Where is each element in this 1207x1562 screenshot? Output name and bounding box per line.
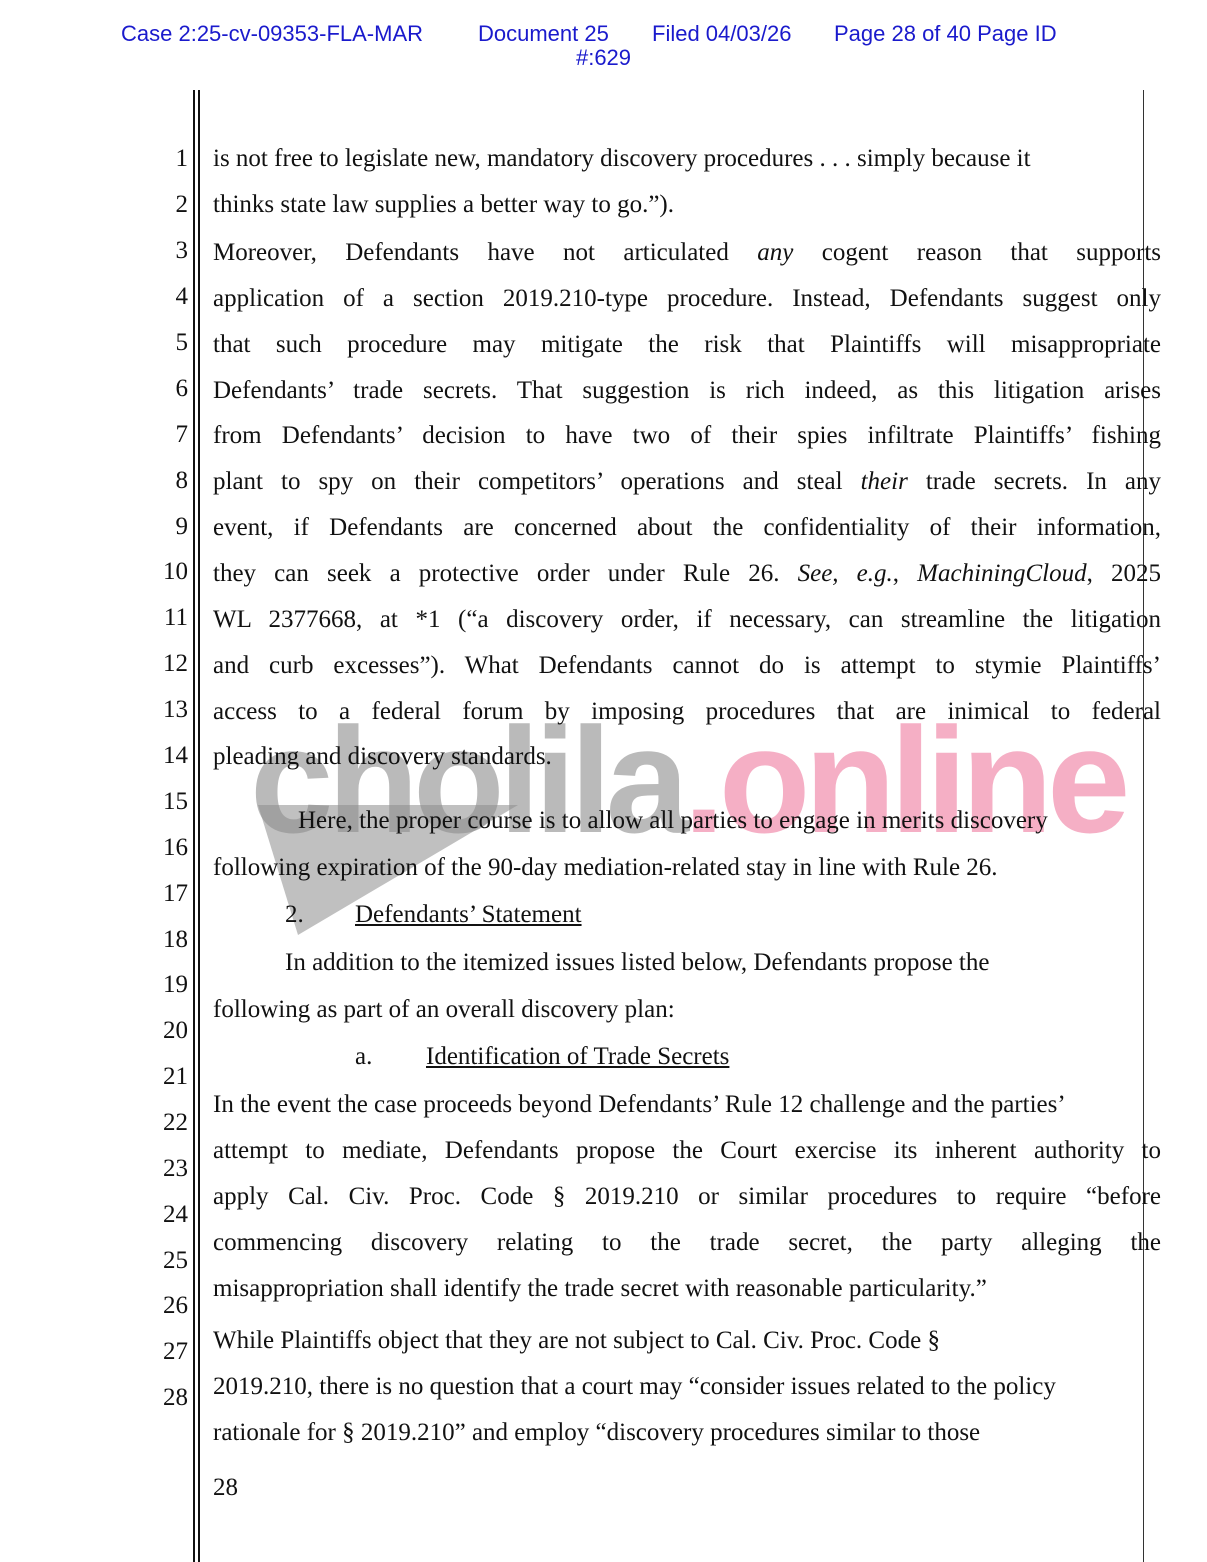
line-number: 23 [148,1155,188,1183]
text-line: attempt to mediate, Defendants propose t… [213,1137,1161,1165]
text-line: from Defendants’ decision to have two of… [213,422,1161,450]
line-number: 15 [148,788,188,816]
text-line: commencing discovery relating to the tra… [213,1229,1161,1257]
case-name: MachiningCloud [917,560,1086,587]
text-line: event, if Defendants are concerned about… [213,514,1161,542]
line-number: 7 [148,421,188,449]
subsection-title: Identification of Trade Secrets [426,1043,729,1071]
filed-date: Filed 04/03/26 [652,22,791,46]
text-line: application of a section 2019.210-type p… [213,285,1161,313]
case-number: Case 2:25-cv-09353-FLA-MAR [121,22,423,46]
text-line: While Plaintiffs object that they are no… [213,1327,940,1355]
line-number: 17 [148,880,188,908]
line-number: 10 [148,558,188,586]
line-number: 28 [148,1384,188,1412]
left-margin-rule-inner [198,90,200,1562]
section-title: Defendants’ Statement [355,901,582,929]
text-line: is not free to legislate new, mandatory … [213,145,1031,173]
line-number: 11 [148,604,188,632]
subsection-letter: a. [355,1043,372,1070]
page-info: Page 28 of 40 Page ID [834,22,1057,46]
line-number: 26 [148,1292,188,1320]
line-number: 14 [148,742,188,770]
line-number: 9 [148,513,188,541]
line-number: 2 [148,191,188,219]
document-number: Document 25 [478,22,609,46]
left-margin-rule-outer [193,90,195,1562]
text-line: that such procedure may mitigate the ris… [213,331,1161,359]
page-number: 28 [213,1474,238,1502]
line-number: 16 [148,834,188,862]
line-number: 18 [148,926,188,954]
text-line: plant to spy on their competitors’ opera… [213,468,1161,496]
line-number: 27 [148,1338,188,1366]
line-number: 13 [148,696,188,724]
subsection-heading-a: a. Identification of Trade Secrets [355,1043,372,1071]
section-heading-2: 2. Defendants’ Statement [285,901,304,929]
text-line: and curb excesses”). What Defendants can… [213,652,1161,680]
text-line: following as part of an overall discover… [213,996,675,1024]
text-line: 2019.210, there is no question that a co… [213,1373,1056,1401]
text-line: pleading and discovery standards. [213,743,552,771]
line-number: 6 [148,375,188,403]
text-line: thinks state law supplies a better way t… [213,191,674,219]
section-number: 2. [285,901,304,928]
text-line: rationale for § 2019.210” and employ “di… [213,1419,980,1447]
text-line: access to a federal forum by imposing pr… [213,698,1161,726]
citation-signal: See, e.g. [798,560,893,587]
line-number: 20 [148,1017,188,1045]
line-number: 5 [148,329,188,357]
line-number: 1 [148,145,188,173]
emphasis: their [861,468,908,495]
line-number: 12 [148,650,188,678]
text-line: In the event the case proceeds beyond De… [213,1091,1066,1119]
line-number: 24 [148,1201,188,1229]
line-number: 8 [148,467,188,495]
text-line: following expiration of the 90-day media… [213,854,998,882]
text-line: Moreover, Defendants have not articulate… [213,239,1161,267]
text-line: Defendants’ trade secrets. That suggesti… [213,377,1161,405]
text-line: apply Cal. Civ. Proc. Code § 2019.210 or… [213,1183,1161,1211]
text-line: they can seek a protective order under R… [213,560,1161,588]
text-line: WL 2377668, at *1 (“a discovery order, i… [213,606,1161,634]
line-number: 25 [148,1247,188,1275]
text-line: Here, the proper course is to allow all … [298,807,1048,835]
page-id: #:629 [0,46,1207,70]
emphasis: any [757,239,793,266]
text-line: misappropriation shall identify the trad… [213,1275,987,1303]
line-number: 21 [148,1063,188,1091]
text-line: In addition to the itemized issues liste… [285,949,989,977]
line-number: 4 [148,283,188,311]
line-number: 3 [148,237,188,265]
line-number: 19 [148,971,188,999]
line-number: 22 [148,1109,188,1137]
